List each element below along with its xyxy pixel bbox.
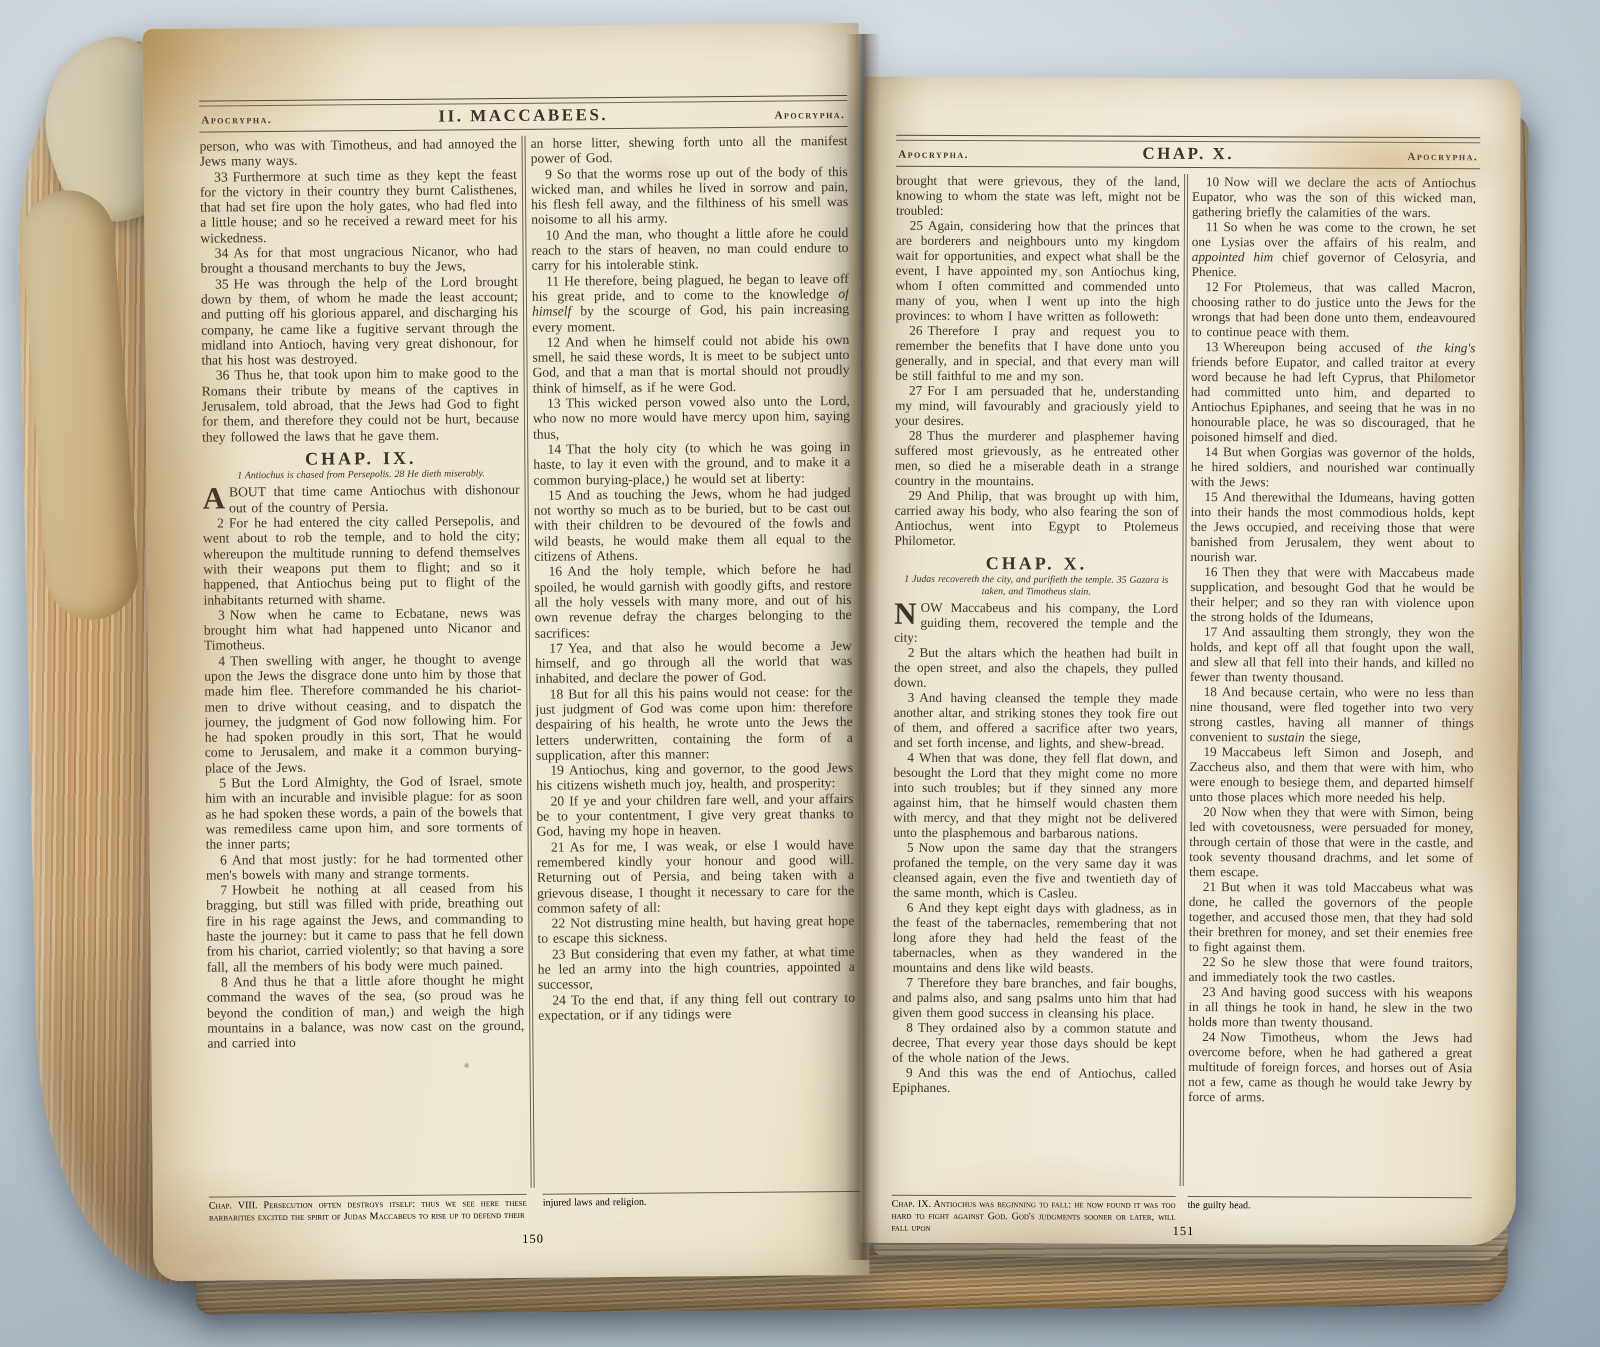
verse: 11So when he was come to the crown, he s… bbox=[1192, 219, 1476, 280]
running-head-right: Apocrypha. bbox=[775, 109, 846, 122]
verse: 10And the man, who thought a little afor… bbox=[531, 225, 848, 274]
verse: 16And the holy temple, which before he h… bbox=[534, 561, 852, 640]
verse-number: 22 bbox=[552, 916, 566, 931]
running-head-left: Apocrypha. bbox=[898, 149, 969, 161]
page-header: Apocrypha. II. MACCABEES. Apocrypha. bbox=[199, 95, 847, 133]
verse-number: 8 bbox=[906, 1020, 913, 1035]
verse-number: 9 bbox=[906, 1065, 913, 1080]
verse: 21As for me, I was weak, or else I would… bbox=[537, 837, 855, 916]
verse: 8They ordained also by a common statute … bbox=[892, 1020, 1176, 1066]
verse-number: 10 bbox=[546, 227, 560, 242]
verse-continuation: an horse litter, shewing forth unto all … bbox=[530, 133, 847, 166]
chapter-summary: 1 Judas recovereth the city, and purifie… bbox=[894, 574, 1178, 598]
verse-number: 15 bbox=[1205, 489, 1218, 504]
verse: 33Furthermore at such time as they kept … bbox=[200, 166, 518, 245]
verse: 6And that most justly: for he had tormen… bbox=[206, 849, 523, 882]
verse: 12And when he himself could not abide hi… bbox=[532, 332, 850, 396]
page-number: 151 bbox=[891, 1223, 1475, 1241]
verse-number: 6 bbox=[220, 852, 227, 867]
verse-number: 2 bbox=[908, 645, 915, 660]
verse: 23But considering that even my father, a… bbox=[538, 944, 855, 993]
verse-number: 20 bbox=[551, 793, 565, 808]
verse: 29And Philip, that was brought up with h… bbox=[894, 488, 1178, 549]
verse: 9So that the worms rose up out of the bo… bbox=[531, 164, 849, 228]
verse-number: 5 bbox=[219, 776, 226, 791]
page-header: Apocrypha. CHAP. X. Apocrypha. bbox=[896, 135, 1480, 170]
verse-number: 20 bbox=[1203, 804, 1216, 819]
verse-number: 24 bbox=[1202, 1029, 1215, 1044]
verse: 17And assaulting them strongly, they won… bbox=[1190, 624, 1474, 685]
verse-number: 21 bbox=[1203, 879, 1216, 894]
verse: 12For Ptolemeus, that was called Macron,… bbox=[1191, 279, 1475, 340]
verse-number: 12 bbox=[546, 334, 560, 349]
column-divider bbox=[1180, 174, 1188, 1186]
verse: 27For I am persuaded that he, understand… bbox=[895, 383, 1179, 429]
text-columns: person, who was with Timotheus, and had … bbox=[200, 133, 857, 1191]
verse: 23And having good success with his weapo… bbox=[1188, 984, 1472, 1030]
verse-number: 4 bbox=[218, 653, 225, 668]
chapter-summary: 1 Antiochus is chased from Persepolis. 2… bbox=[202, 468, 519, 482]
verse-number: 35 bbox=[215, 276, 229, 291]
verse-number: 25 bbox=[910, 218, 923, 233]
verse: NOW Maccabeus and his company, the Lord … bbox=[894, 600, 1178, 646]
verse-number: 12 bbox=[1205, 279, 1218, 294]
footnote-rule bbox=[892, 1195, 1176, 1197]
verse-number: 18 bbox=[550, 686, 564, 701]
text-column-left: brought that were grievous, they of the … bbox=[892, 173, 1180, 1186]
running-head-right: Apocrypha. bbox=[1407, 151, 1478, 163]
verse-number: 28 bbox=[909, 428, 922, 443]
verse-number: 11 bbox=[546, 273, 559, 288]
verse-number: 5 bbox=[907, 840, 914, 855]
verse: 26Therefore I pray and request you to re… bbox=[895, 323, 1179, 384]
verse: 19Maccabeus left Simon and Joseph, and Z… bbox=[1189, 744, 1473, 805]
verse: 13This wicked person vowed also unto the… bbox=[533, 393, 850, 442]
verse-number: 4 bbox=[907, 750, 914, 765]
verse: 5But the Lord Almighty, the God of Israe… bbox=[205, 773, 523, 852]
verse-continuation: brought that were grievous, they of the … bbox=[896, 173, 1180, 219]
verse-number: 16 bbox=[1204, 564, 1217, 579]
verse-number: 9 bbox=[545, 166, 552, 181]
chapter-heading: CHAP. IX. bbox=[202, 447, 519, 470]
verse-number: 2 bbox=[217, 515, 224, 530]
text-column-right: 10Now will we declare the acts of Antioc… bbox=[1188, 174, 1476, 1187]
verse-number: 23 bbox=[552, 946, 566, 961]
verse-number: 19 bbox=[1203, 744, 1216, 759]
verse: 35He was through the help of the Lord br… bbox=[201, 274, 519, 369]
verse: 8And thus he that a little afore thought… bbox=[207, 972, 525, 1051]
drop-cap: A bbox=[203, 485, 230, 512]
verse: 17Yea, and that also he would become a J… bbox=[535, 638, 852, 687]
running-head-title: II. MACCABEES. bbox=[438, 105, 608, 126]
verse: 14But when Gorgias was governor of the h… bbox=[1191, 444, 1475, 490]
verse: 4When that was done, they fell flat down… bbox=[893, 750, 1177, 841]
verse: 18And because certain, who were no less … bbox=[1190, 684, 1474, 745]
verse: 14That the holy city (to which he was go… bbox=[533, 439, 850, 488]
verse-number: 13 bbox=[547, 396, 561, 411]
verse-number: 17 bbox=[1204, 624, 1217, 639]
verse-number: 23 bbox=[1202, 984, 1215, 999]
verse-number: 14 bbox=[547, 441, 561, 456]
verse: 4Then swelling with anger, he thought to… bbox=[204, 651, 522, 776]
verse: 22Not distrusting mine health, but havin… bbox=[537, 913, 854, 946]
verse-number: 29 bbox=[909, 488, 922, 503]
verse-number: 3 bbox=[218, 607, 225, 622]
footnote-rule bbox=[209, 1194, 527, 1198]
verse-continuation: person, who was with Timotheus, and had … bbox=[200, 136, 517, 169]
footnote-left-column: Chap. VIII. Persecution often destroys i… bbox=[209, 1194, 527, 1224]
verse: 24Now Timotheus, whom the Jews had overc… bbox=[1188, 1029, 1472, 1105]
verse: 7Howbeit he nothing at all ceased from h… bbox=[206, 880, 524, 975]
verse-number: 7 bbox=[906, 975, 913, 990]
verse: ABOUT that time came Antiochus with dish… bbox=[203, 482, 520, 515]
verse-number: 26 bbox=[909, 323, 922, 338]
verse: 28Thus the murderer and plasphemer havin… bbox=[895, 428, 1179, 489]
running-head-title: CHAP. X. bbox=[1142, 144, 1234, 164]
verse: 3And having cleansed the temple they mad… bbox=[894, 690, 1178, 751]
photo-background: Apocrypha. II. MACCABEES. Apocrypha. per… bbox=[0, 0, 1600, 1347]
verse-number: 34 bbox=[215, 245, 229, 260]
verse-number: 6 bbox=[907, 900, 914, 915]
verse: 16Then they that were with Maccabeus mad… bbox=[1190, 564, 1474, 625]
verse-number: 36 bbox=[216, 368, 230, 383]
verse: 34As for that most ungracious Nicanor, w… bbox=[200, 243, 517, 276]
verse: 15And therewithal the Idumeans, having g… bbox=[1190, 489, 1474, 565]
footnote-rule bbox=[1188, 1196, 1472, 1198]
footnote-rule bbox=[543, 1191, 861, 1195]
verse-number: 24 bbox=[552, 992, 566, 1007]
verse-number: 22 bbox=[1203, 954, 1216, 969]
text-columns: brought that were grievous, they of the … bbox=[892, 173, 1480, 1188]
verse: 36Thus he, that took upon him to make go… bbox=[202, 365, 520, 444]
verse-number: 19 bbox=[550, 763, 564, 778]
verse: 15And as touching the Jews, whom he had … bbox=[534, 485, 852, 564]
verse: 13Whereupon being accused of the king's … bbox=[1191, 339, 1475, 445]
verse: 19Antiochus, king and governor, to the g… bbox=[536, 760, 853, 793]
right-page: Apocrypha. CHAP. X. Apocrypha. brought t… bbox=[859, 77, 1520, 1246]
left-page: Apocrypha. II. MACCABEES. Apocrypha. per… bbox=[143, 23, 870, 1281]
verse-number: 27 bbox=[909, 383, 922, 398]
page-number: 150 bbox=[209, 1229, 857, 1250]
verse-number: 13 bbox=[1205, 339, 1218, 354]
verse-number: 18 bbox=[1204, 684, 1217, 699]
verse: 3Now when he came to Ecbatane, news was … bbox=[204, 605, 521, 654]
verse: 24To the end that, if any thing fell out… bbox=[538, 990, 855, 1023]
drop-cap: N bbox=[894, 600, 921, 627]
verse-number: 3 bbox=[908, 690, 915, 705]
verse: 10Now will we declare the acts of Antioc… bbox=[1192, 174, 1476, 220]
verse: 2But the altars which the heathen had bu… bbox=[894, 645, 1178, 691]
verse-number: 10 bbox=[1206, 174, 1219, 189]
text-column-left: person, who was with Timotheus, and had … bbox=[200, 136, 526, 1191]
verse: 20Now when they that were with Simon, be… bbox=[1189, 804, 1473, 880]
verse: 5Now upon the same day that the stranger… bbox=[893, 840, 1177, 901]
verse: 21But when it was told Maccabeus what wa… bbox=[1189, 879, 1473, 955]
verse: 11He therefore, being plagued, he began … bbox=[532, 271, 850, 335]
verse-number: 21 bbox=[551, 839, 565, 854]
verse: 2For he had entered the city called Pers… bbox=[203, 513, 521, 608]
verse: 25Again, considering how that the prince… bbox=[895, 218, 1179, 324]
chapter-heading: CHAP. X. bbox=[894, 553, 1178, 574]
footnote-right-column: injured laws and religion. bbox=[543, 1191, 861, 1210]
verse: 20If ye and your children fare well, and… bbox=[536, 791, 853, 840]
verse: 18But for all this his pains would not c… bbox=[535, 684, 853, 763]
verse-number: 17 bbox=[549, 640, 563, 655]
verse-number: 16 bbox=[548, 564, 562, 579]
verse-number: 8 bbox=[221, 974, 228, 989]
footnote-text: injured laws and religion. bbox=[543, 1195, 861, 1210]
footnote-text: Chap. VIII. Persecution often destroys i… bbox=[209, 1198, 527, 1224]
verse-number: 11 bbox=[1206, 219, 1219, 234]
running-head-left: Apocrypha. bbox=[201, 114, 272, 127]
verse: 7Therefore they bare branches, and fair … bbox=[892, 975, 1176, 1021]
verse: 9And this was the end of Antiochus, call… bbox=[892, 1065, 1176, 1096]
footnote-right-column: the guilty head. bbox=[1188, 1196, 1472, 1213]
text-column-right: an horse litter, shewing forth unto all … bbox=[530, 133, 856, 1188]
verse: 22So he slew those that were found trait… bbox=[1189, 954, 1473, 985]
footnote-text: the guilty head. bbox=[1188, 1200, 1472, 1213]
verse-number: 33 bbox=[214, 169, 228, 184]
verse: 6And they kept eight days with gladness,… bbox=[893, 900, 1177, 976]
verse-number: 14 bbox=[1205, 444, 1218, 459]
verse-number: 15 bbox=[548, 487, 562, 502]
verse-number: 7 bbox=[220, 883, 227, 898]
